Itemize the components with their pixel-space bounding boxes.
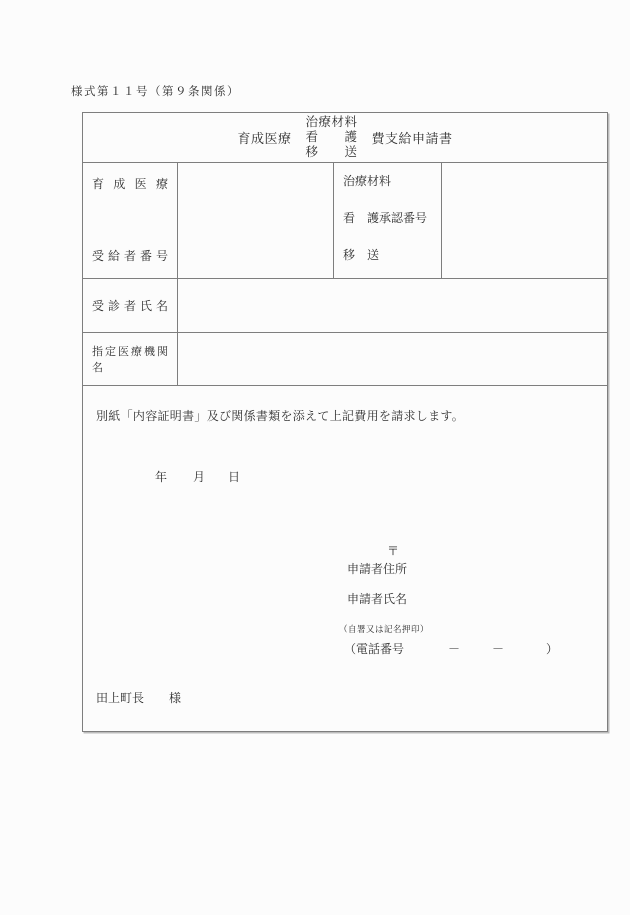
addressee-name: 田上町長 [96,691,144,705]
approval-option-nursing-number: 看 護承認番号 [343,209,437,226]
approval-number-label-cell: 治療材料 看 護承認番号 移 送 [334,163,442,278]
title-option-stack: 治療材料 看 護 移 送 [306,115,358,160]
applicant-name-label: 申請者氏名 [347,590,407,607]
applicant-address-label: 申請者住所 [347,560,407,577]
postal-mark: 〒 [387,542,399,559]
form-title: 育成医療 治療材料 看 護 移 送 費支給申請書 [83,113,607,163]
approval-option-treatment-materials: 治療材料 [343,172,437,189]
medical-institution-label: 指定医療機関名 [92,343,168,375]
application-form-table: 育成医療 治療材料 看 護 移 送 費支給申請書 育 成 医 療 受 給 者 番… [82,112,608,732]
date-year-label: 年 [155,468,167,485]
signature-note: （自署又は記名押印） [339,623,429,635]
form-number-heading: 様式第１１号（第９条関係） [71,83,240,99]
approval-number-value-cell [442,163,607,278]
date-day-label: 日 [228,468,240,485]
title-option-transport: 移 送 [306,145,358,160]
date-month-label: 月 [193,468,205,485]
ikusei-iryo-label: 育 成 医 療 [92,175,168,192]
recipient-number-value-cell [178,163,334,278]
medical-institution-row: 指定医療機関名 [83,333,607,386]
patient-name-row: 受 診 者 氏 名 [83,279,607,333]
title-prefix: 育成医療 [237,128,291,147]
patient-name-label: 受 診 者 氏 名 [92,297,168,314]
medical-institution-label-cell: 指定医療機関名 [83,333,178,385]
declaration-section: 別紙「内容証明書」及び関係書類を添えて上記費用を請求します。 年 月 日 〒 申… [83,386,607,731]
approval-option-transport: 移 送 [343,246,437,263]
title-suffix: 費支給申請書 [372,128,453,147]
recipient-number-label: 受 給 者 番 号 [92,247,168,264]
title-option-nursing: 看 護 [306,130,358,145]
patient-name-label-cell: 受 診 者 氏 名 [83,279,178,332]
form-page: 様式第１１号（第９条関係） 育成医療 治療材料 看 護 移 送 費支給申請書 育… [0,0,630,915]
phone-dash-2: － [492,640,504,657]
patient-name-value-cell [178,279,607,332]
title-option-treatment-materials: 治療材料 [306,115,358,130]
addressee-honorific: 様 [169,691,181,705]
declaration-sentence: 別紙「内容証明書」及び関係書類を添えて上記費用を請求します。 [96,407,464,424]
medical-institution-value-cell [178,333,607,385]
phone-number-label: （電話番号 [344,640,404,657]
recipient-number-row: 育 成 医 療 受 給 者 番 号 治療材料 看 護承認番号 移 送 [83,163,607,279]
addressee-line: 田上町長様 [96,689,181,706]
phone-close-paren: ） [546,640,558,657]
recipient-number-label-cell: 育 成 医 療 受 給 者 番 号 [83,163,178,278]
phone-dash-1: － [448,640,460,657]
